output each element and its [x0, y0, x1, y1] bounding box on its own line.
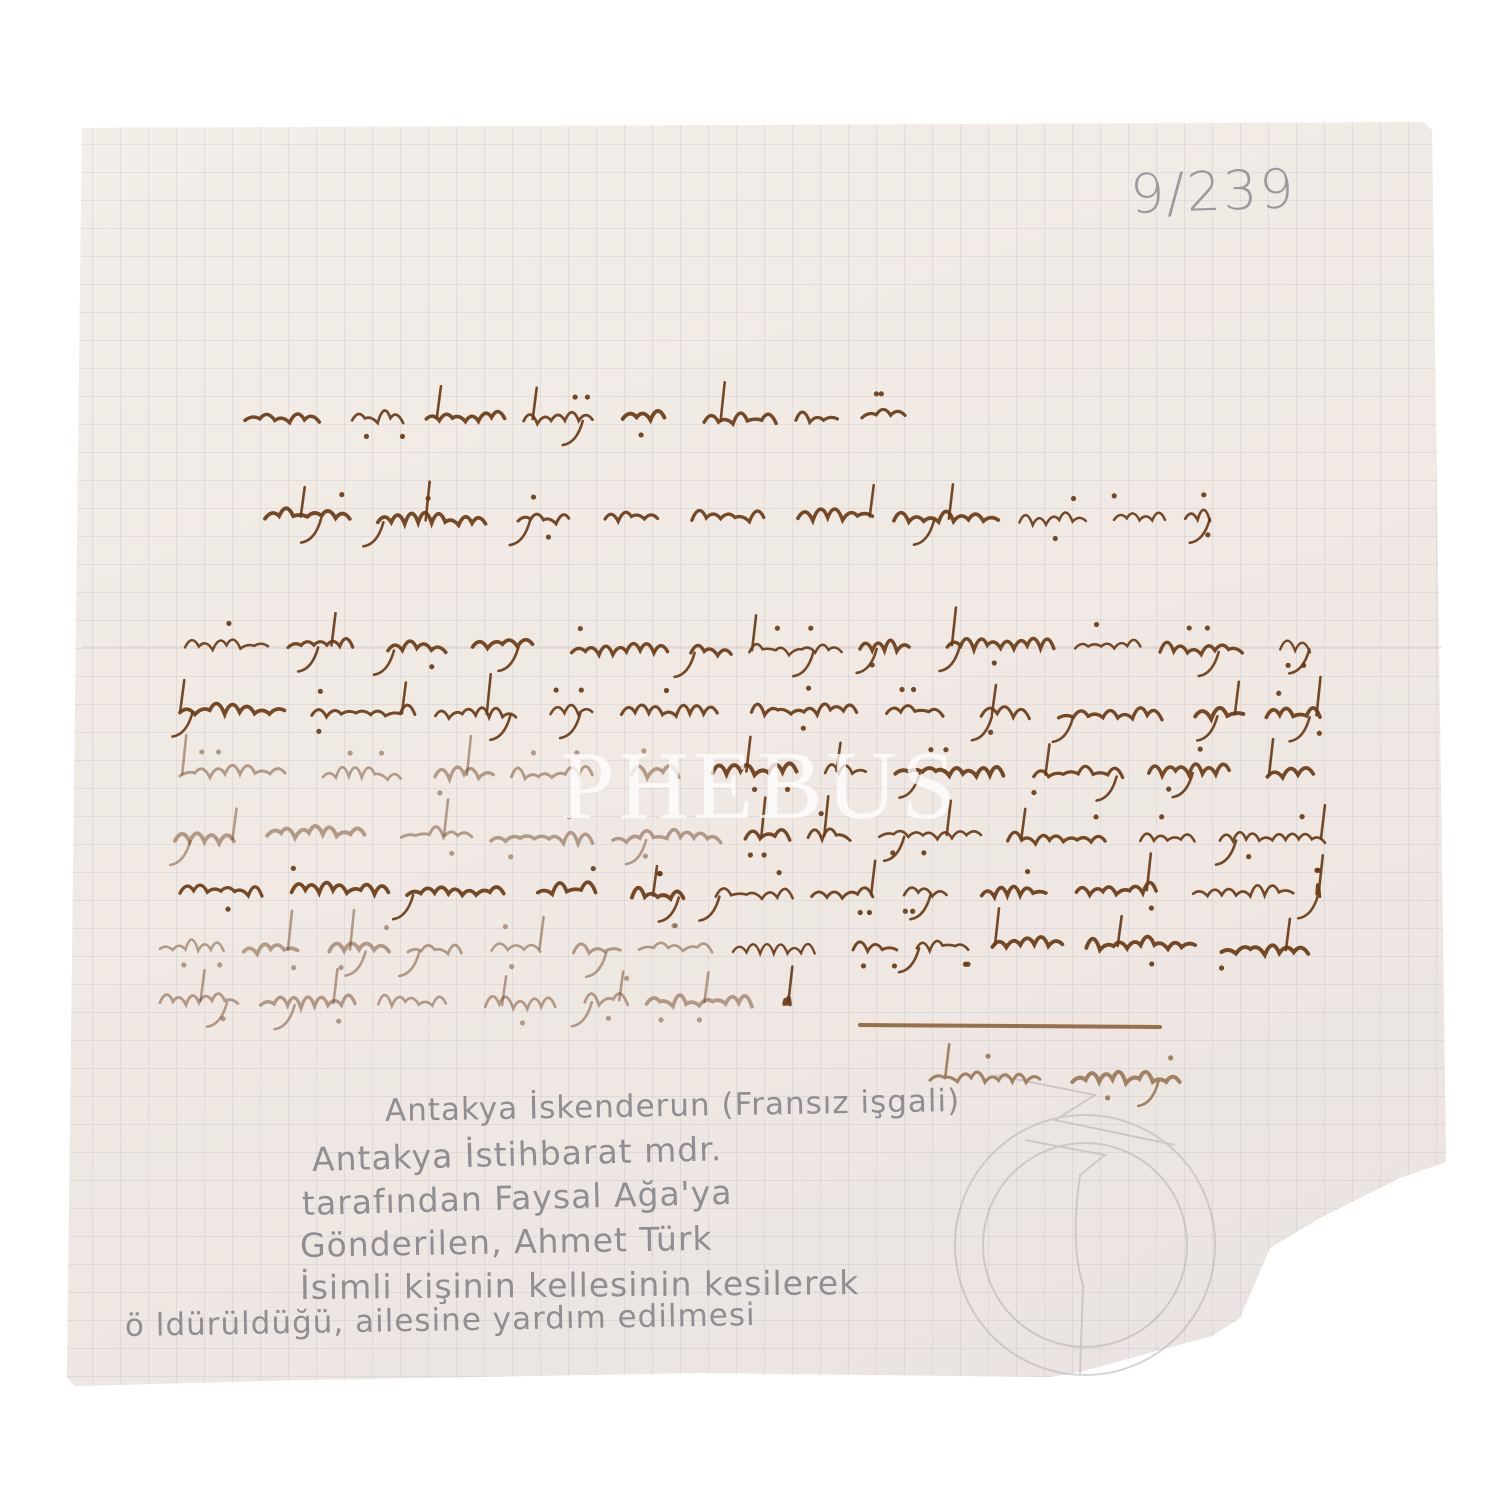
watermark: PHEBUS	[560, 730, 960, 842]
stamp-impression	[955, 1075, 1215, 1375]
pencil-note-line: Gönderilen, Ahmet Türk	[300, 1219, 713, 1265]
